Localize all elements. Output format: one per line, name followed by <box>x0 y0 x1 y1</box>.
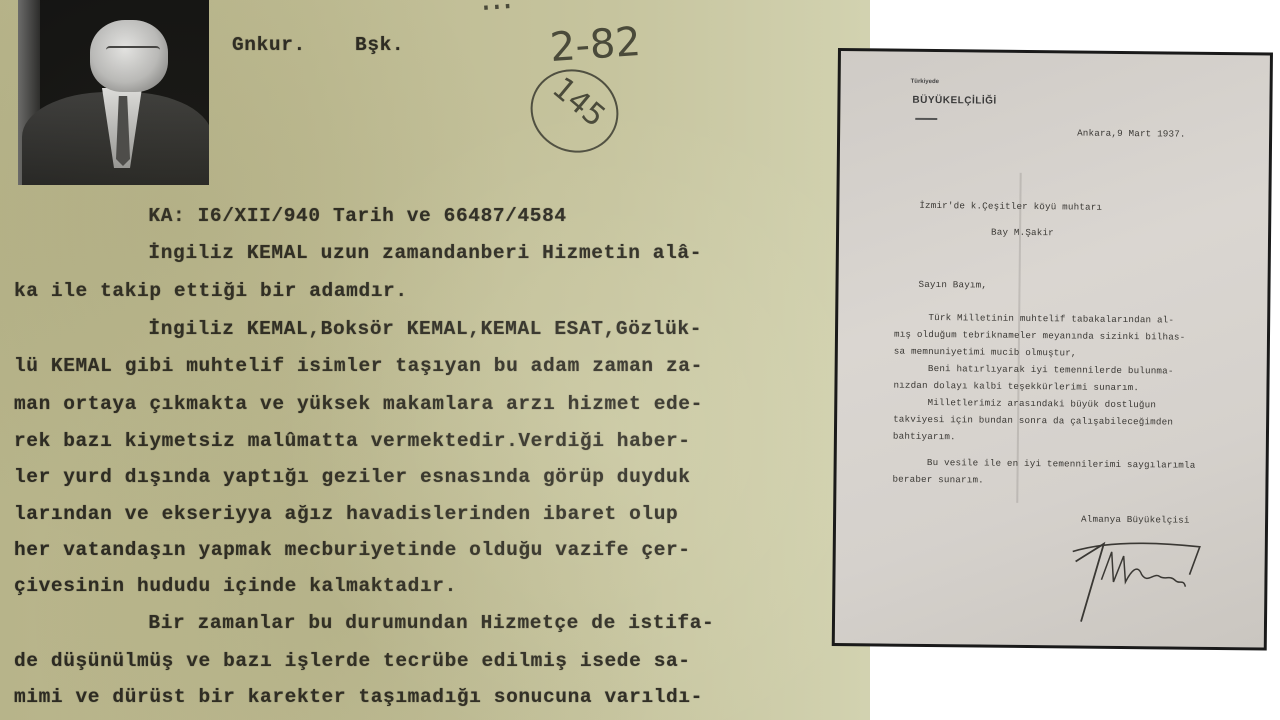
body-line: İngiliz KEMAL uzun zamandanberi Hizmetin… <box>50 242 702 264</box>
letter-salutation: Sayın Bayım, <box>918 279 987 291</box>
body-line: her vatandaşın yapmak mecburiyetinde old… <box>14 539 691 561</box>
handwritten-circled-number: 145 <box>517 55 632 167</box>
body-line: de düşünülmüş ve bazı işlerde tecrübe ed… <box>14 650 691 672</box>
body-line: man ortaya çıkmakta ve yüksek makamlara … <box>14 393 703 415</box>
left-typed-document: Gnkur. Bşk. ... 2-82 145 KA: I6/XII/940 … <box>0 0 870 720</box>
letterhead-embassy: BÜYÜKELÇİLİĞİ <box>912 95 996 107</box>
letter-body-line: sa memnuniyetimi mucib olmuştur, <box>894 346 1077 359</box>
circled-number-text: 145 <box>545 71 611 135</box>
letter-recipient-name: Bay M.Şakir <box>991 227 1054 239</box>
document-header: Gnkur. Bşk. <box>232 34 404 56</box>
letter-body-line: Türk Milletinin muhtelif tabakalarından … <box>894 312 1174 326</box>
letter-body-line: nızdan dolayı kalbi teşekkürlerimi sunar… <box>893 380 1139 394</box>
signature-icon <box>1067 533 1208 624</box>
letter-date: Ankara,9 Mart 1937. <box>1077 128 1186 140</box>
letterhead-rule <box>915 118 937 120</box>
letter-closing: Almanya Büyükelçisi <box>1081 514 1190 526</box>
body-line: mimi ve dürüst bir karekter taşımadığı s… <box>14 686 703 708</box>
right-letter-document: Türkiyede BÜYÜKELÇİLİĞİ Ankara,9 Mart 19… <box>832 48 1273 651</box>
body-line: İngiliz KEMAL,Boksör KEMAL,KEMAL ESAT,Gö… <box>50 318 702 340</box>
body-line: çivesinin hududu içinde kalmaktadır. <box>14 575 457 597</box>
letter-recipient: İzmir'de k.Çeşitler köyü muhtarı <box>919 200 1102 213</box>
body-line: ka ile takip ettiği bir adamdır. <box>14 280 408 302</box>
body-line: lü KEMAL gibi muhtelif isimler taşıyan b… <box>14 355 703 377</box>
body-line: ler yurd dışında yaptığı geziler esnasın… <box>14 466 691 488</box>
body-line: KA: I6/XII/940 Tarih ve 66487/4584 <box>50 205 567 227</box>
letter-body-line: Milletlerimiz arasındaki büyük dostluğun <box>893 397 1156 411</box>
letter-body-line: Bu vesile ile en iyi temennilerimi saygı… <box>893 457 1196 471</box>
letter-body-line: takviyesi için bundan sonra da çalışabil… <box>893 414 1173 428</box>
letterhead-country: Türkiyede <box>911 79 939 85</box>
letter-body-line: mış olduğum tebriknameler meyanında sizi… <box>894 329 1185 343</box>
portrait-photo <box>18 0 209 185</box>
letter-body-line: beraber sunarım. <box>892 474 984 486</box>
body-line: Bir zamanlar bu durumundan Hizmetçe de i… <box>50 612 714 634</box>
photo-glasses <box>106 46 160 58</box>
letter-body-line: bahtiyarım. <box>893 431 956 443</box>
letter-body-line: Beni hatırlıyarak iyi temennilerde bulun… <box>894 363 1174 377</box>
body-line: rek bazı kiymetsiz malûmatta vermektedir… <box>14 430 691 452</box>
body-line: larından ve ekseriyya ağız havadislerind… <box>14 503 678 525</box>
handwritten-scribble: ... <box>479 0 514 19</box>
handwritten-number: 2-82 <box>549 19 643 71</box>
